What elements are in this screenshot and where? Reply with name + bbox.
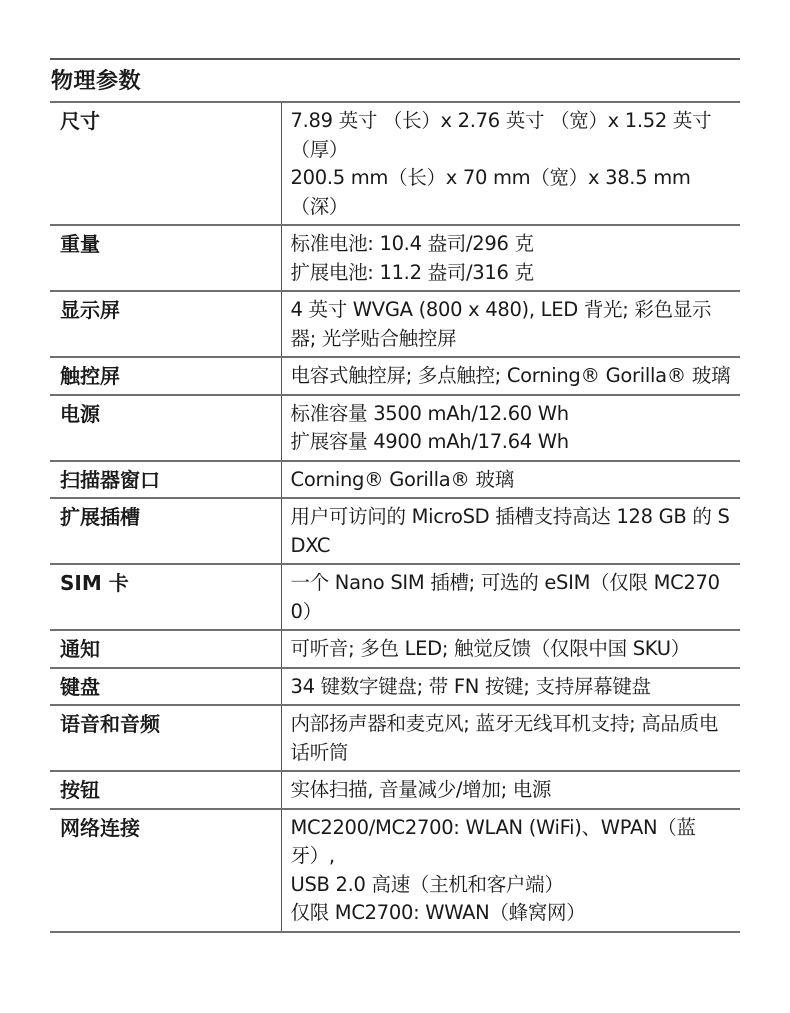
spec-value: MC2200/MC2700: WLAN (WiFi)、WPAN（蓝牙）,USB … xyxy=(281,809,740,932)
spec-value: 内部扬声器和麦克风; 蓝牙无线耳机支持; 高品质电话听筒 xyxy=(281,705,740,771)
spec-value-line: 可听音; 多色 LED; 触觉反馈（仅限中国 SKU） xyxy=(291,635,735,664)
spec-value: 标准容量 3500 mAh/12.60 Wh扩展容量 4900 mAh/17.6… xyxy=(281,395,740,461)
spec-label: 尺寸 xyxy=(50,103,281,225)
spec-value: 标准电池: 10.4 盎司/296 克扩展电池: 11.2 盎司/316 克 xyxy=(281,225,740,291)
spec-label: SIM 卡 xyxy=(50,564,281,630)
spec-value: 可听音; 多色 LED; 触觉反馈（仅限中国 SKU） xyxy=(281,630,740,668)
spec-label: 电源 xyxy=(50,395,281,461)
spec-value-line: 内部扬声器和麦克风; 蓝牙无线耳机支持; 高品质电话听筒 xyxy=(291,710,735,767)
spec-value: 7.89 英寸 （长）x 2.76 英寸 （宽）x 1.52 英寸 （厚）200… xyxy=(281,103,740,225)
spec-row: 显示屏4 英寸 WVGA (800 x 480), LED 背光; 彩色显示器;… xyxy=(50,291,740,357)
spec-row: 键盘34 键数字键盘; 带 FN 按键; 支持屏幕键盘 xyxy=(50,668,740,706)
spec-value: 4 英寸 WVGA (800 x 480), LED 背光; 彩色显示器; 光学… xyxy=(281,291,740,357)
spec-label: 网络连接 xyxy=(50,809,281,932)
spec-value-line: 34 键数字键盘; 带 FN 按键; 支持屏幕键盘 xyxy=(291,673,735,702)
spec-label: 键盘 xyxy=(50,668,281,706)
spec-value: 一个 Nano SIM 插槽; 可选的 eSIM（仅限 MC2700） xyxy=(281,564,740,630)
spec-sheet: 物理参数 尺寸7.89 英寸 （长）x 2.76 英寸 （宽）x 1.52 英寸… xyxy=(50,58,740,933)
section-title: 物理参数 xyxy=(50,58,740,103)
spec-label: 重量 xyxy=(50,225,281,291)
spec-value: Corning® Gorilla® 玻璃 xyxy=(281,461,740,499)
spec-value-line: 扩展电池: 11.2 盎司/316 克 xyxy=(291,259,735,288)
spec-row: 语音和音频内部扬声器和麦克风; 蓝牙无线耳机支持; 高品质电话听筒 xyxy=(50,705,740,771)
spec-value-line: 一个 Nano SIM 插槽; 可选的 eSIM（仅限 MC2700） xyxy=(291,569,735,626)
spec-value-line: MC2200/MC2700: WLAN (WiFi)、WPAN（蓝牙）, xyxy=(291,814,735,871)
spec-row: 扩展插槽用户可访问的 MicroSD 插槽支持高达 128 GB 的 SDXC xyxy=(50,498,740,564)
spec-row: 电源标准容量 3500 mAh/12.60 Wh扩展容量 4900 mAh/17… xyxy=(50,395,740,461)
spec-value-line: 仅限 MC2700: WWAN（蜂窝网） xyxy=(291,899,735,928)
spec-row: 尺寸7.89 英寸 （长）x 2.76 英寸 （宽）x 1.52 英寸 （厚）2… xyxy=(50,103,740,225)
spec-row: 通知可听音; 多色 LED; 触觉反馈（仅限中国 SKU） xyxy=(50,630,740,668)
spec-label: 按钮 xyxy=(50,771,281,809)
spec-row: 重量标准电池: 10.4 盎司/296 克扩展电池: 11.2 盎司/316 克 xyxy=(50,225,740,291)
spec-value-line: 200.5 mm（长）x 70 mm（宽）x 38.5 mm（深） xyxy=(291,164,735,221)
spec-value-line: 电容式触控屏; 多点触控; Corning® Gorilla® 玻璃 xyxy=(291,362,735,391)
spec-value: 34 键数字键盘; 带 FN 按键; 支持屏幕键盘 xyxy=(281,668,740,706)
spec-value: 实体扫描, 音量减少/增加; 电源 xyxy=(281,771,740,809)
spec-table-body: 尺寸7.89 英寸 （长）x 2.76 英寸 （宽）x 1.52 英寸 （厚）2… xyxy=(50,103,740,932)
spec-label: 显示屏 xyxy=(50,291,281,357)
spec-row: SIM 卡一个 Nano SIM 插槽; 可选的 eSIM（仅限 MC2700） xyxy=(50,564,740,630)
spec-label: 通知 xyxy=(50,630,281,668)
spec-label: 扫描器窗口 xyxy=(50,461,281,499)
spec-value-line: USB 2.0 高速（主机和客户端） xyxy=(291,871,735,900)
spec-value: 电容式触控屏; 多点触控; Corning® Gorilla® 玻璃 xyxy=(281,357,740,395)
spec-value-line: 标准容量 3500 mAh/12.60 Wh xyxy=(291,400,735,429)
spec-value-line: 标准电池: 10.4 盎司/296 克 xyxy=(291,230,735,259)
spec-row: 触控屏电容式触控屏; 多点触控; Corning® Gorilla® 玻璃 xyxy=(50,357,740,395)
spec-value-line: Corning® Gorilla® 玻璃 xyxy=(291,466,735,495)
spec-row: 按钮实体扫描, 音量减少/增加; 电源 xyxy=(50,771,740,809)
spec-label: 触控屏 xyxy=(50,357,281,395)
spec-value-line: 4 英寸 WVGA (800 x 480), LED 背光; 彩色显示器; 光学… xyxy=(291,296,735,353)
spec-table: 尺寸7.89 英寸 （长）x 2.76 英寸 （宽）x 1.52 英寸 （厚）2… xyxy=(50,103,740,933)
spec-row: 扫描器窗口Corning® Gorilla® 玻璃 xyxy=(50,461,740,499)
spec-label: 语音和音频 xyxy=(50,705,281,771)
spec-label: 扩展插槽 xyxy=(50,498,281,564)
spec-value-line: 7.89 英寸 （长）x 2.76 英寸 （宽）x 1.52 英寸 （厚） xyxy=(291,107,735,164)
spec-row: 网络连接MC2200/MC2700: WLAN (WiFi)、WPAN（蓝牙）,… xyxy=(50,809,740,932)
spec-value-line: 实体扫描, 音量减少/增加; 电源 xyxy=(291,776,735,805)
spec-value: 用户可访问的 MicroSD 插槽支持高达 128 GB 的 SDXC xyxy=(281,498,740,564)
spec-value-line: 用户可访问的 MicroSD 插槽支持高达 128 GB 的 SDXC xyxy=(291,503,735,560)
spec-value-line: 扩展容量 4900 mAh/17.64 Wh xyxy=(291,428,735,457)
